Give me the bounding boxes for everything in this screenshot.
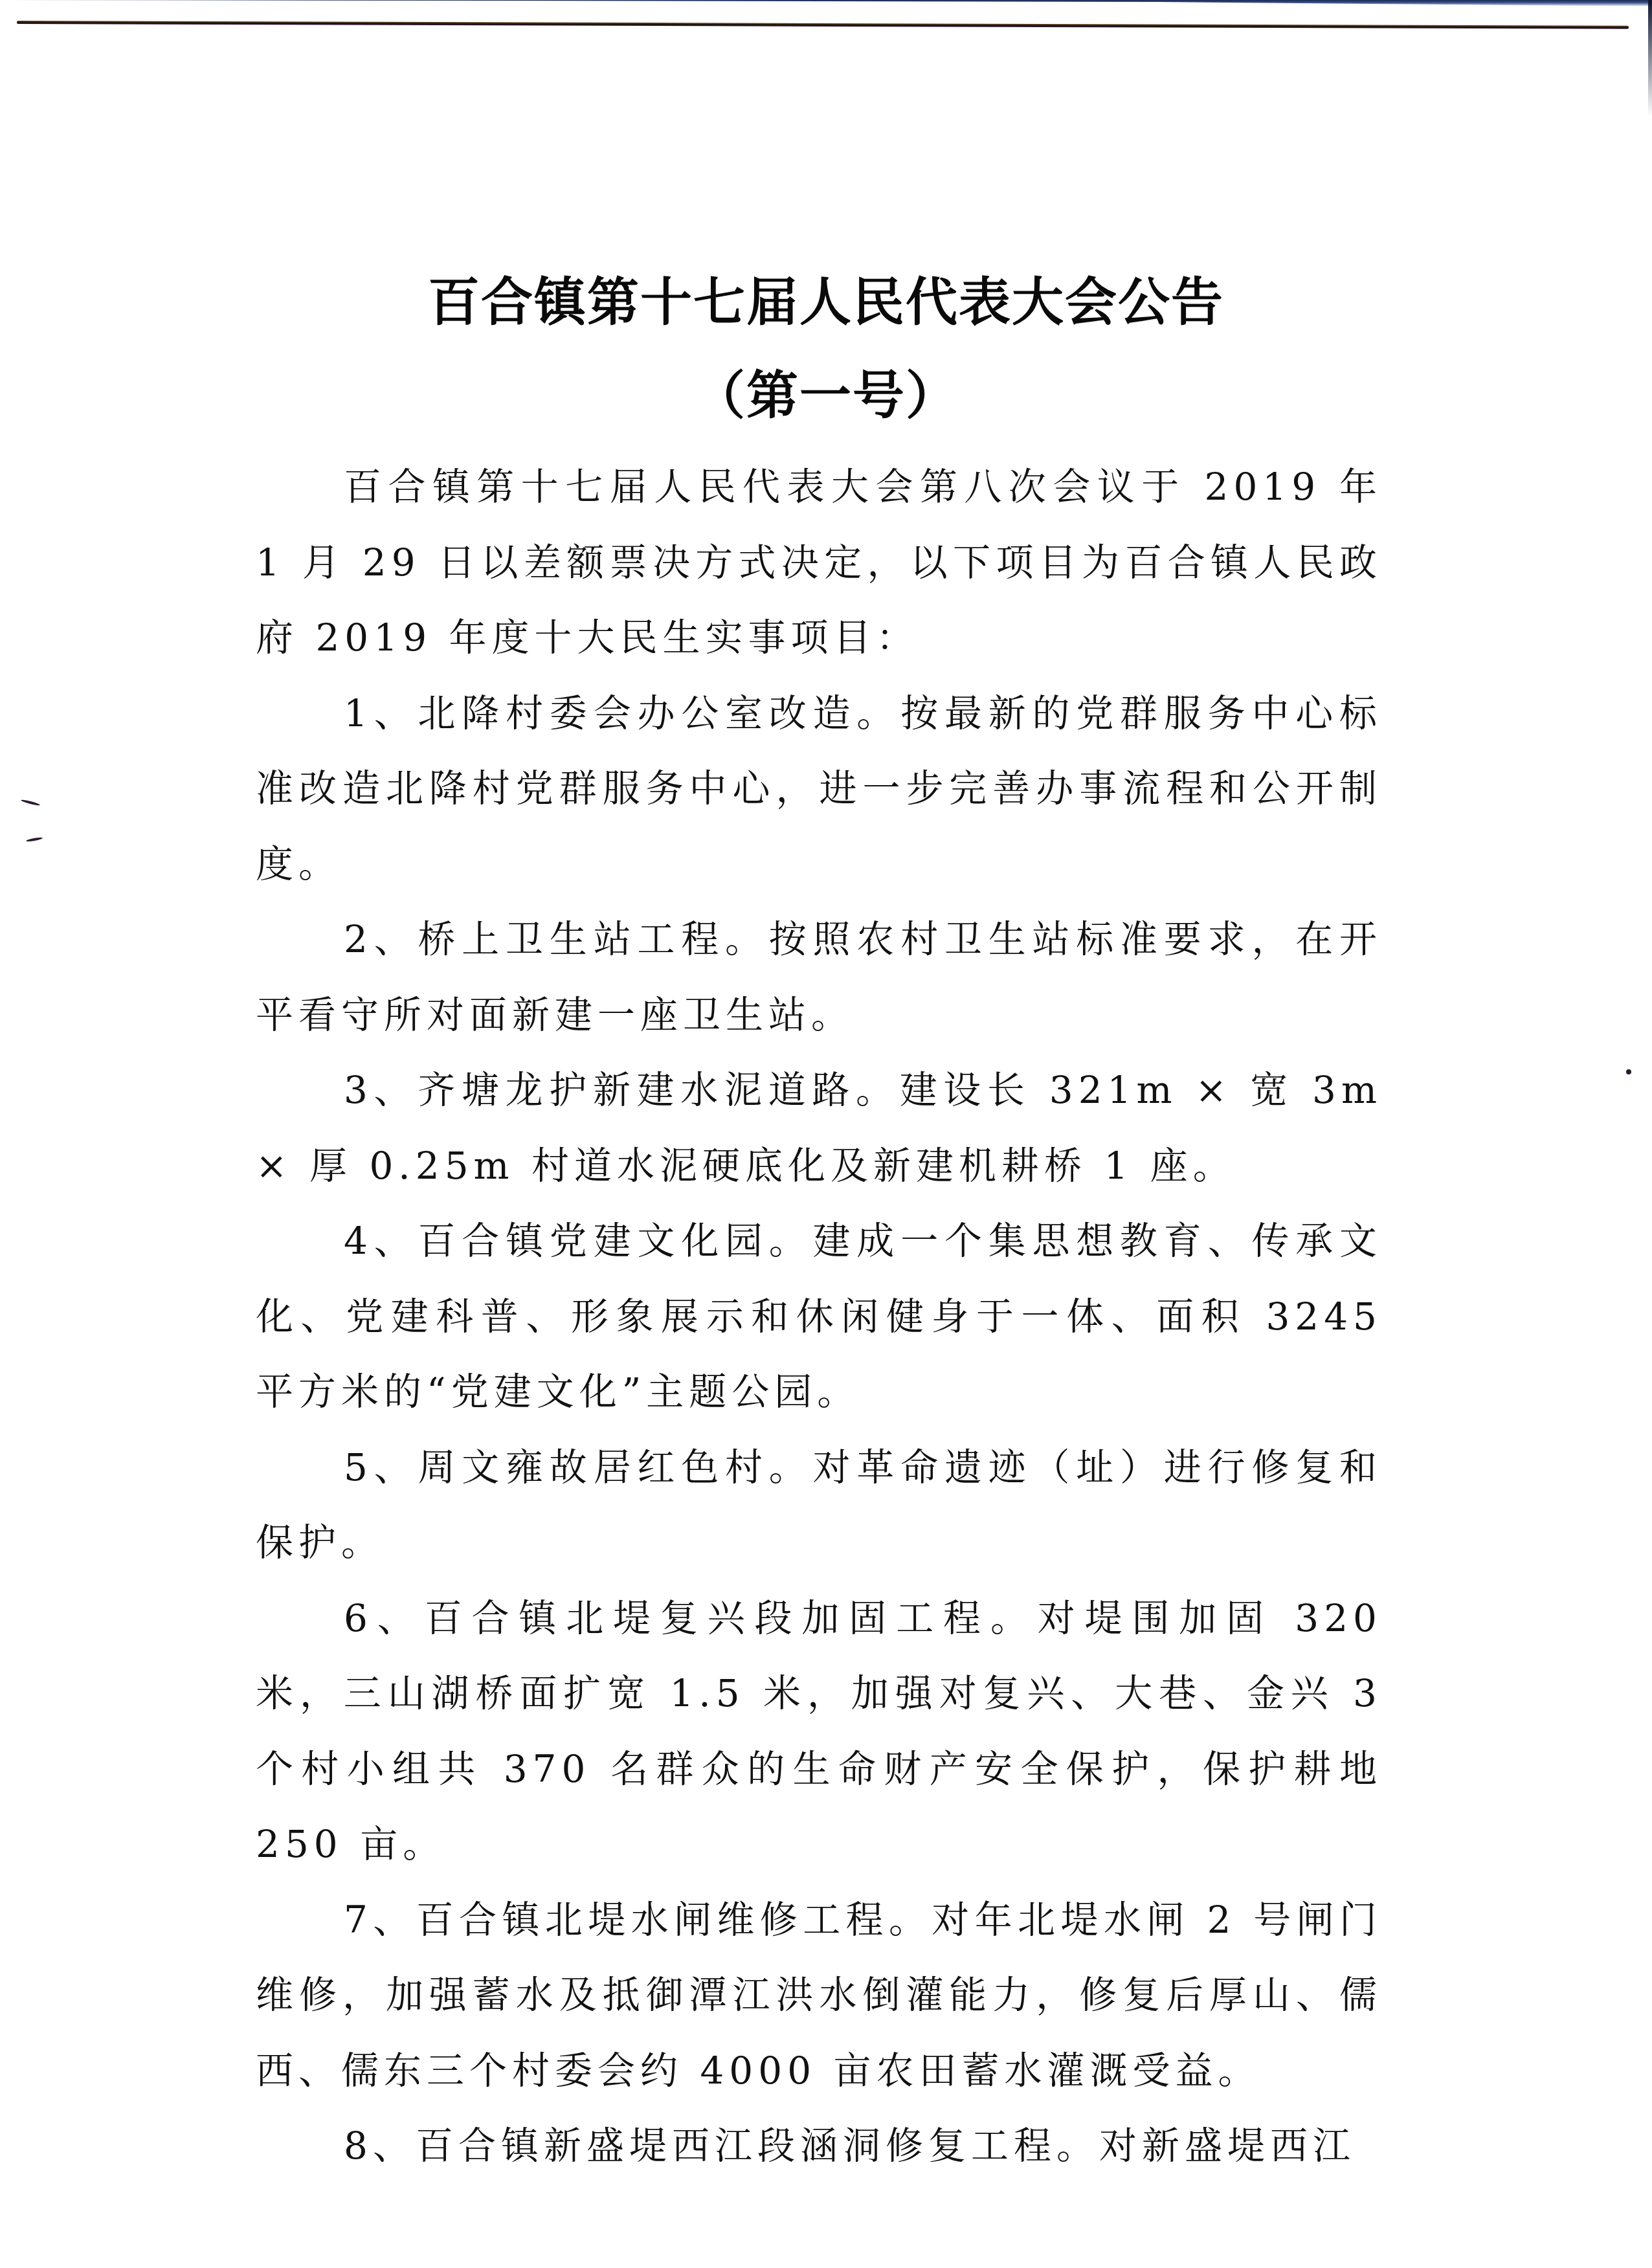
item-text: 周文雍故居红色村。对革命遗迹（址）进行修复和保护。 <box>256 1445 1382 1565</box>
item-number: 8、 <box>344 2124 416 2168</box>
item-text: 桥上卫生站工程。按照农村卫生站标准要求，在开平看守所对面新建一座卫生站。 <box>256 917 1382 1037</box>
item-number: 1、 <box>344 691 418 735</box>
list-item: 6、百合镇北堤复兴段加固工程。对堤围加固 320 米，三山湖桥面扩宽 1.5 米… <box>256 1581 1382 1882</box>
document-body: 百合镇第十七届人民代表大会第八次会议于 2019 年 1 月 29 日以差额票决… <box>256 449 1382 2184</box>
document-page: 百合镇第十七届人民代表大会公告 （第一号） 百合镇第十七届人民代表大会第八次会议… <box>0 0 1652 2268</box>
item-text: 北降村委会办公室改造。按最新的党群服务中心标准改造北降村党群服务中心，进一步完善… <box>256 691 1382 886</box>
intro-paragraph: 百合镇第十七届人民代表大会第八次会议于 2019 年 1 月 29 日以差额票决… <box>256 449 1382 676</box>
document-title: 百合镇第十七届人民代表大会公告 <box>0 271 1652 333</box>
list-item: 5、周文雍故居红色村。对革命遗迹（址）进行修复和保护。 <box>256 1430 1382 1581</box>
item-text: 百合镇北堤水闸维修工程。对年北堤水闸 2 号闸门维修，加强蓄水及抵御潭江洪水倒灌… <box>256 1898 1382 2093</box>
list-item: 3、齐塘龙护新建水泥道路。建设长 321m × 宽 3m × 厚 0.25m 村… <box>256 1052 1382 1203</box>
item-text: 百合镇北堤复兴段加固工程。对堤围加固 320 米，三山湖桥面扩宽 1.5 米，加… <box>256 1596 1382 1867</box>
item-number: 5、 <box>344 1445 418 1489</box>
item-text: 百合镇党建文化园。建成一个集思想教育、传承文化、党建科普、形象展示和休闲健身于一… <box>256 1219 1382 1414</box>
list-item: 2、桥上卫生站工程。按照农村卫生站标准要求，在开平看守所对面新建一座卫生站。 <box>256 902 1382 1052</box>
list-item: 8、百合镇新盛堤西江段涵洞修复工程。对新盛堤西江 <box>256 2108 1382 2184</box>
list-item: 7、百合镇北堤水闸维修工程。对年北堤水闸 2 号闸门维修，加强蓄水及抵御潭江洪水… <box>256 1882 1382 2109</box>
item-number: 6、 <box>344 1596 425 1640</box>
item-text: 齐塘龙护新建水泥道路。建设长 321m × 宽 3m × 厚 0.25m 村道水… <box>256 1068 1382 1188</box>
list-item: 4、百合镇党建文化园。建成一个集思想教育、传承文化、党建科普、形象展示和休闲健身… <box>256 1203 1382 1430</box>
item-text: 百合镇新盛堤西江段涵洞修复工程。对新盛堤西江 <box>416 2124 1356 2168</box>
item-number: 4、 <box>344 1219 418 1263</box>
document-subtitle: （第一号） <box>0 364 1652 427</box>
item-number: 3、 <box>344 1068 418 1112</box>
list-item: 1、北降村委会办公室改造。按最新的党群服务中心标准改造北降村党群服务中心，进一步… <box>256 676 1382 902</box>
item-number: 2、 <box>344 917 418 961</box>
item-number: 7、 <box>344 1898 416 1942</box>
